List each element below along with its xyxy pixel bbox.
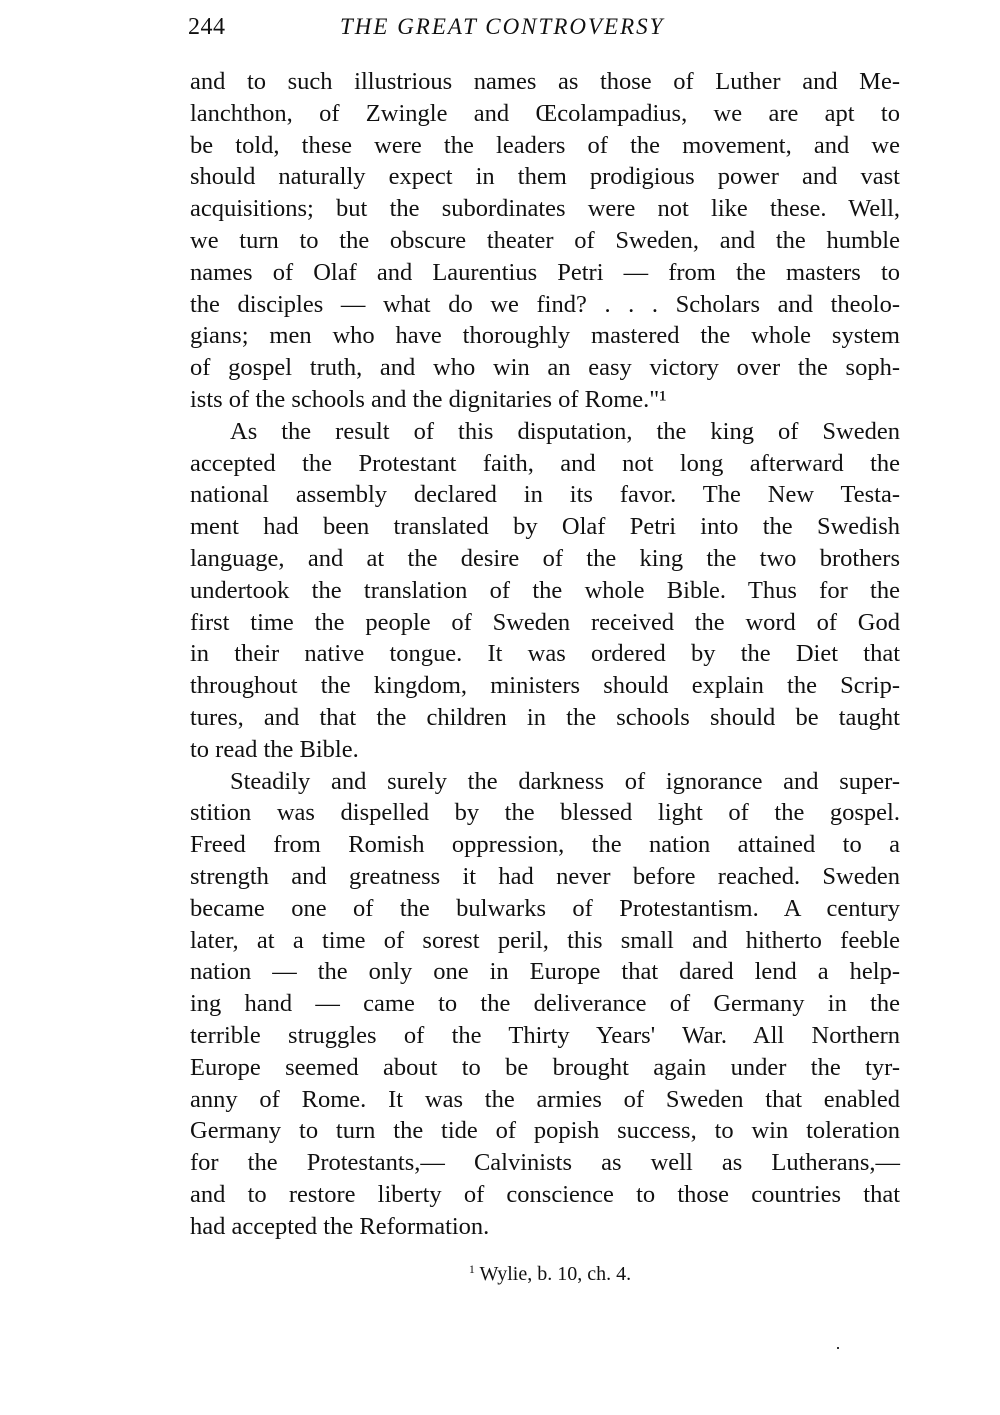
text-line: became one of the bulwarks of Protestant… bbox=[190, 893, 900, 925]
text-line: be told, these were the leaders of the m… bbox=[190, 130, 900, 162]
text-line: acquisitions; but the subordinates were … bbox=[190, 193, 900, 225]
text-line: tures, and that the children in the scho… bbox=[190, 702, 900, 734]
text-line: first time the people of Sweden received… bbox=[190, 607, 900, 639]
running-title: THE GREAT CONTROVERSY bbox=[340, 12, 664, 42]
page-number: 244 bbox=[188, 12, 226, 42]
text-line: undertook the translation of the whole B… bbox=[190, 575, 900, 607]
text-line: and to such illustrious names as those o… bbox=[190, 66, 900, 98]
text-line: anny of Rome. It was the armies of Swede… bbox=[190, 1084, 900, 1116]
text-line: for the Protestants,— Calvinists as well… bbox=[190, 1147, 900, 1179]
paragraph-1: and to such illustrious names as those o… bbox=[190, 66, 900, 416]
text-line: we turn to the obscure theater of Sweden… bbox=[190, 225, 900, 257]
paragraph-2: As the result of this disputation, the k… bbox=[190, 416, 900, 766]
text-line: of gospel truth, and who win an easy vic… bbox=[190, 352, 900, 384]
text-line: later, at a time of sorest peril, this s… bbox=[190, 925, 900, 957]
text-line: gians; men who have thoroughly mastered … bbox=[190, 320, 900, 352]
body-text: and to such illustrious names as those o… bbox=[190, 66, 900, 1242]
text-line: Europe seemed about to be brought again … bbox=[190, 1052, 900, 1084]
text-line: stition was dispelled by the blessed lig… bbox=[190, 797, 900, 829]
footnote-marker: 1 bbox=[469, 1262, 475, 1276]
text-line: language, and at the desire of the king … bbox=[190, 543, 900, 575]
text-line: ing hand — came to the deliverance of Ge… bbox=[190, 988, 900, 1020]
text-line: strength and greatness it had never befo… bbox=[190, 861, 900, 893]
text-line: nation — the only one in Europe that dar… bbox=[190, 956, 900, 988]
text-line: ists of the schools and the dignitaries … bbox=[190, 384, 900, 416]
text-line: national assembly declared in its favor.… bbox=[190, 479, 900, 511]
text-line: terrible struggles of the Thirty Years' … bbox=[190, 1020, 900, 1052]
book-page: 244 THE GREAT CONTROVERSY and to such il… bbox=[0, 0, 1000, 1415]
text-line: the disciples — what do we find? . . . S… bbox=[190, 289, 900, 321]
footnote: 1 Wylie, b. 10, ch. 4. bbox=[0, 1256, 1000, 1287]
text-line: As the result of this disputation, the k… bbox=[190, 416, 900, 448]
text-line: ment had been translated by Olaf Petri i… bbox=[190, 511, 900, 543]
text-line: and to restore liberty of conscience to … bbox=[190, 1179, 900, 1211]
text-line: Freed from Romish oppression, the nation… bbox=[190, 829, 900, 861]
paragraph-3: Steadily and surely the darkness of igno… bbox=[190, 766, 900, 1243]
text-line: throughout the kingdom, ministers should… bbox=[190, 670, 900, 702]
scan-speck bbox=[837, 1347, 839, 1349]
text-line: lanchthon, of Zwingle and Œcolampadius, … bbox=[190, 98, 900, 130]
text-line: had accepted the Reformation. bbox=[190, 1211, 900, 1243]
text-line: should naturally expect in them prodigio… bbox=[190, 161, 900, 193]
text-line: names of Olaf and Laurentius Petri — fro… bbox=[190, 257, 900, 289]
text-line: in their native tongue. It was ordered b… bbox=[190, 638, 900, 670]
text-line: Steadily and surely the darkness of igno… bbox=[190, 766, 900, 798]
text-line: accepted the Protestant faith, and not l… bbox=[190, 448, 900, 480]
text-line: to read the Bible. bbox=[190, 734, 900, 766]
text-line: Germany to turn the tide of popish succe… bbox=[190, 1115, 900, 1147]
footnote-text: Wylie, b. 10, ch. 4. bbox=[480, 1263, 632, 1285]
